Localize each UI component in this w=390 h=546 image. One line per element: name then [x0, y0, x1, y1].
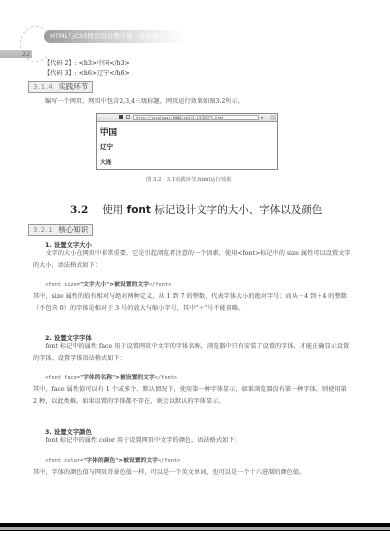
browser-screenshot-figure: http://localhost:8080/ch3/3.1实践环节.html ▾… [96, 113, 278, 170]
syntax-bold: "字体的名称">被设置的文字 [80, 375, 155, 381]
rendered-h4: 大连 [100, 157, 112, 166]
title-code: font [127, 204, 151, 216]
dropdown-arrow-icon: ▾ [261, 115, 267, 120]
book-title-banner: HTML与CSS网页设计教学做一体化教程 [44, 30, 184, 43]
figure-caption: 图 3.2 3.1实践环节.html运行效果 [146, 175, 231, 183]
section-heading-core: 3.2.1核心知识 [28, 224, 93, 236]
syntax-bold: "文字大小">被设置的文字 [80, 282, 149, 288]
title-text-pre: 使用 [102, 204, 123, 216]
section-title: 实践环节 [58, 82, 88, 91]
color-explain-paragraph: 其中，字体的颜色值与网页背景色值一样，可以是一个英文单词，也可以是一个十六进制的… [33, 467, 351, 479]
syntax-bold: "字体的颜色">被设置的文字 [83, 458, 158, 464]
home-icon [119, 115, 123, 119]
syntax-post: </font> [155, 375, 177, 381]
section-title: 核心知识 [58, 225, 88, 234]
syntax-pre: <font face= [45, 375, 80, 381]
section-heading-practice: 3.1.4实践环节 [28, 81, 93, 93]
section-number: 3.1.4 [33, 83, 53, 91]
nav-buttons-icon [100, 115, 118, 120]
face-explain-paragraph: 其中，face 属性值可以有 1 个或多个。默认情况下，使用第一种字体显示，如果… [33, 384, 351, 409]
section-number: 3.2.1 [33, 226, 53, 234]
size-explain-paragraph: 其中，size 属性的值有相对与绝对两种定义，从 1 到 7 的整数，代表字体大… [33, 291, 351, 316]
color-intro-paragraph: font 标记中的属性 color 用于设置网页中文字的颜色，语法格式如下： [33, 435, 351, 447]
page-number: 22 [22, 50, 30, 58]
section-number: 3.2 [70, 204, 88, 216]
browser-toolbar: http://localhost:8080/ch3/3.1实践环节.html ▾ [97, 114, 277, 122]
rendered-h2: 中国 [100, 126, 117, 138]
syntax-post: </font> [149, 282, 171, 288]
page-icon [126, 115, 130, 119]
size-syntax: <font size="文字大小">被设置的文字</font> [45, 279, 171, 288]
code-line-2: 【代码 2】: <h3>中国</h3> [44, 58, 130, 67]
face-intro-paragraph: font 标记中的属性 face 用于设置网页中文字的字体名称，浏览器中只有安装… [33, 341, 351, 366]
code-line-3: 【代码 3】: <h6>辽宁</h6> [44, 68, 130, 77]
practice-paragraph: 编写一个网页，网页中包含2,3,4三级标题，网页运行效果如图3.2所示。 [45, 96, 345, 108]
address-bar: http://localhost:8080/ch3/3.1实践环节.html [133, 115, 259, 121]
syntax-pre: <font size= [45, 282, 80, 288]
syntax-post: </font> [158, 458, 180, 464]
color-syntax: <font color="字体的颜色">被设置的文字</font> [45, 455, 180, 464]
syntax-pre: <font color= [45, 458, 83, 464]
section-title-3-2: 3.2使用 font 标记设计文字的大小、字体以及颜色 [70, 202, 322, 217]
title-text-post: 标记设计文字的大小、字体以及颜色 [154, 204, 322, 216]
rendered-h3: 辽宁 [100, 142, 113, 151]
book-title: HTML与CSS网页设计教学做一体化教程 [50, 32, 165, 40]
size-intro-paragraph: 文字的大小在网页中非常重要，它是引起浏览者注意的一个因素，使用<font>标记中… [33, 248, 351, 273]
page-bottom-border-gray [0, 527, 390, 532]
face-syntax: <font face="字体的名称">被设置的文字</font> [45, 372, 177, 381]
go-button-icon [270, 115, 276, 120]
